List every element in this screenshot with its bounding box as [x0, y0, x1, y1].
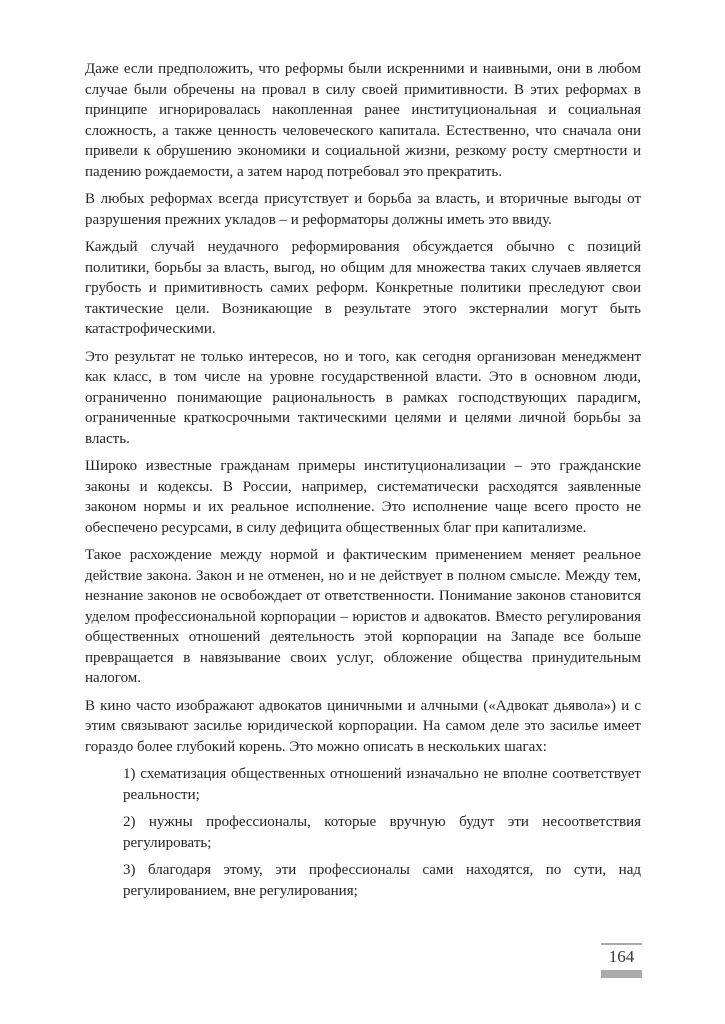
list-item-2: 2) нужны профессионалы, которые вручную … — [123, 812, 641, 853]
paragraph-7: В кино часто изображают адвокатов циничн… — [85, 696, 641, 758]
body-text: Даже если предположить, что реформы были… — [85, 59, 641, 908]
page-number: 164 — [601, 945, 642, 970]
book-page: Даже если предположить, что реформы были… — [0, 0, 725, 1024]
list-item-1: 1) схематизация общественных отношений и… — [123, 764, 641, 805]
footer-bottom-bar — [601, 970, 642, 978]
paragraph-3: Каждый случай неудачного реформирования … — [85, 237, 641, 340]
paragraph-6: Такое расхождение между нормой и фактиче… — [85, 545, 641, 689]
list-item-3: 3) благодаря этому, эти профессионалы са… — [123, 860, 641, 901]
paragraph-4: Это результат не только интересов, но и … — [85, 347, 641, 450]
paragraph-5: Широко известные гражданам примеры инсти… — [85, 456, 641, 538]
page-footer: 164 — [601, 943, 642, 978]
paragraph-1: Даже если предположить, что реформы были… — [85, 59, 641, 182]
numbered-list: 1) схематизация общественных отношений и… — [85, 764, 641, 901]
paragraph-2: В любых реформах всегда присутствует и б… — [85, 189, 641, 230]
